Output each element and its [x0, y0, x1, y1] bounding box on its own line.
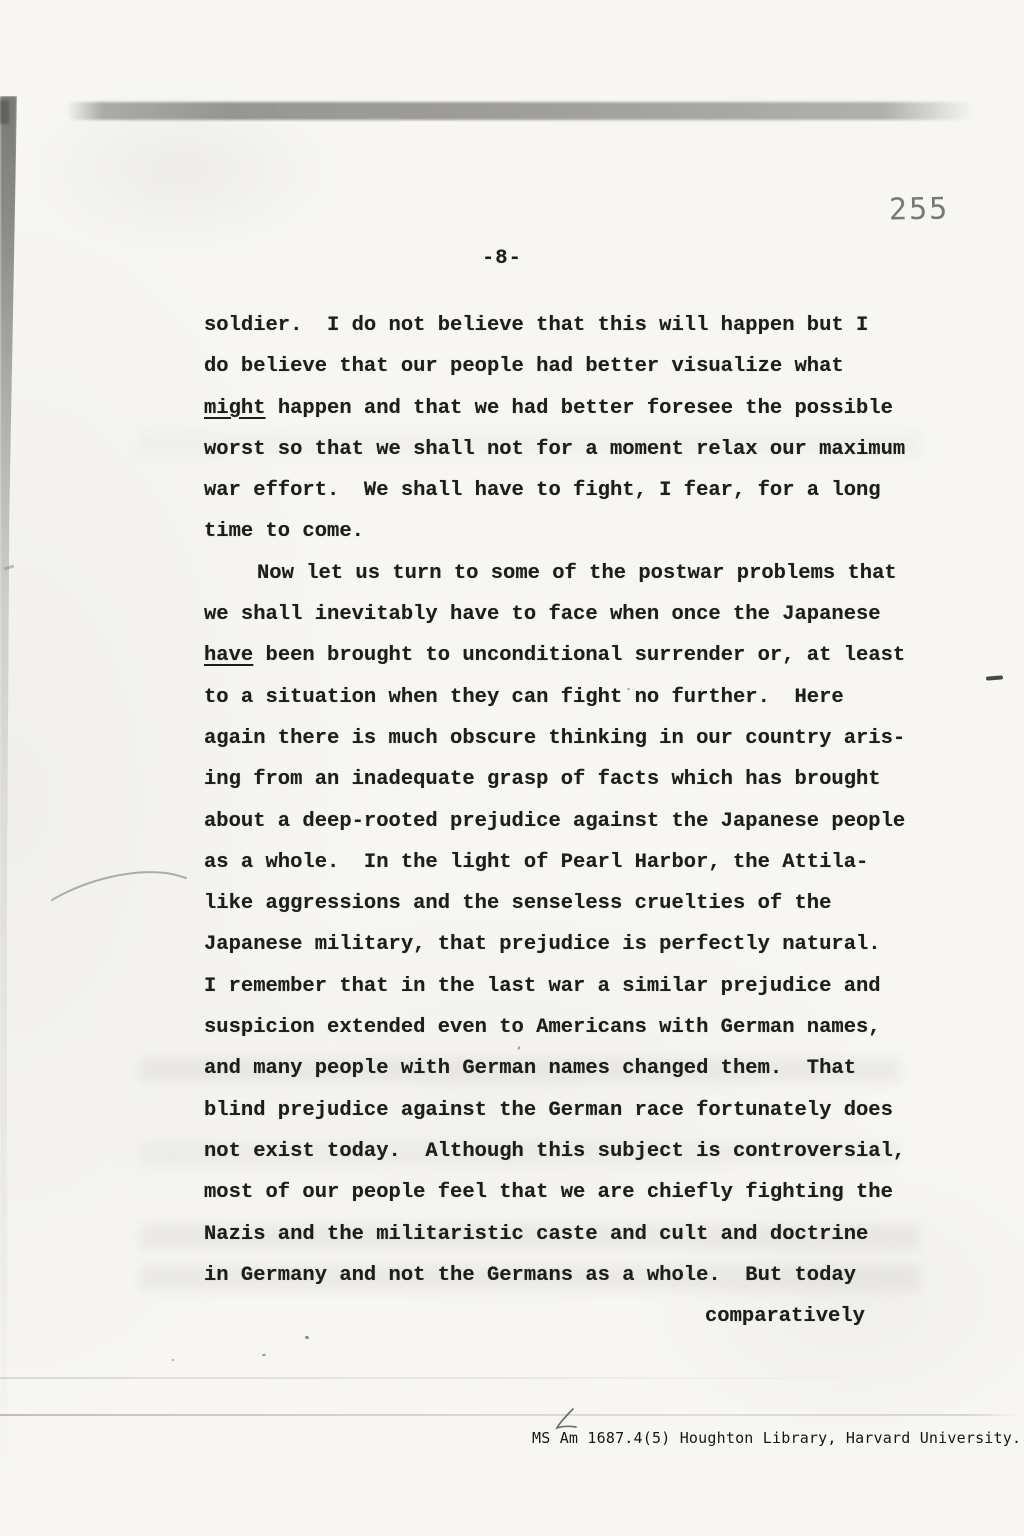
text-line: ing from an inadequate grasp of facts wh… — [204, 759, 964, 800]
scanned-document-page: 255 -8- soldier. I do not believe that t… — [0, 0, 1024, 1536]
text-line: soldier. I do not believe that this will… — [204, 305, 964, 346]
scan-artifact-faint-line — [0, 1377, 900, 1379]
pencil-curve-mark — [48, 864, 192, 908]
text-line: again there is much obscure thinking in … — [204, 718, 964, 759]
text-line: worst so that we shall not for a moment … — [204, 429, 964, 470]
text-line: Now let us turn to some of the postwar p… — [204, 553, 964, 594]
text-line: as a whole. In the light of Pearl Harbor… — [204, 842, 964, 883]
paper-speck — [172, 1359, 174, 1361]
text-line: suspicion extended even to Americans wit… — [204, 1007, 964, 1048]
text-line: in Germany and not the Germans as a whol… — [204, 1255, 964, 1296]
text-line: I remember that in the last war a simila… — [204, 966, 964, 1007]
page-header: -8- — [482, 247, 522, 270]
library-caption: MS Am 1687.4(5) Houghton Library, Harvar… — [532, 1429, 1021, 1447]
archive-page-number-stamp: 255 — [889, 191, 950, 227]
scan-artifact-left-nub — [0, 100, 9, 124]
scan-artifact-left-edge-strip — [0, 96, 17, 1476]
paper-speck — [305, 1335, 310, 1339]
text-line: not exist today. Although this subject i… — [204, 1131, 964, 1172]
text-line: might happen and that we had better fore… — [204, 388, 964, 429]
text-line: to a situation when they can fight no fu… — [204, 677, 964, 718]
text-line: about a deep-rooted prejudice against th… — [204, 801, 964, 842]
text-line: and many people with German names change… — [204, 1048, 964, 1089]
text-line: war effort. We shall have to fight, I fe… — [204, 470, 964, 511]
text-line: most of our people feel that we are chie… — [204, 1172, 964, 1213]
text-line: time to come. — [204, 511, 964, 552]
text-line: blind prejudice against the German race … — [204, 1090, 964, 1131]
text-line: we shall inevitably have to face when on… — [204, 594, 964, 635]
catchword: comparatively — [705, 1296, 865, 1337]
text-line: have been brought to unconditional surre… — [204, 635, 964, 676]
scan-artifact-top-bar — [66, 102, 974, 120]
text-line: like aggressions and the senseless cruel… — [204, 883, 964, 924]
paper-speck — [262, 1354, 266, 1357]
text-line: Japanese military, that prejudice is per… — [204, 924, 964, 965]
typewritten-lines: soldier. I do not believe that this will… — [204, 305, 964, 1296]
margin-dash-mark — [986, 675, 1003, 680]
scan-artifact-rule-line — [0, 1414, 1018, 1416]
text-line: do believe that our people had better vi… — [204, 346, 964, 387]
text-line: Nazis and the militaristic caste and cul… — [204, 1214, 964, 1255]
